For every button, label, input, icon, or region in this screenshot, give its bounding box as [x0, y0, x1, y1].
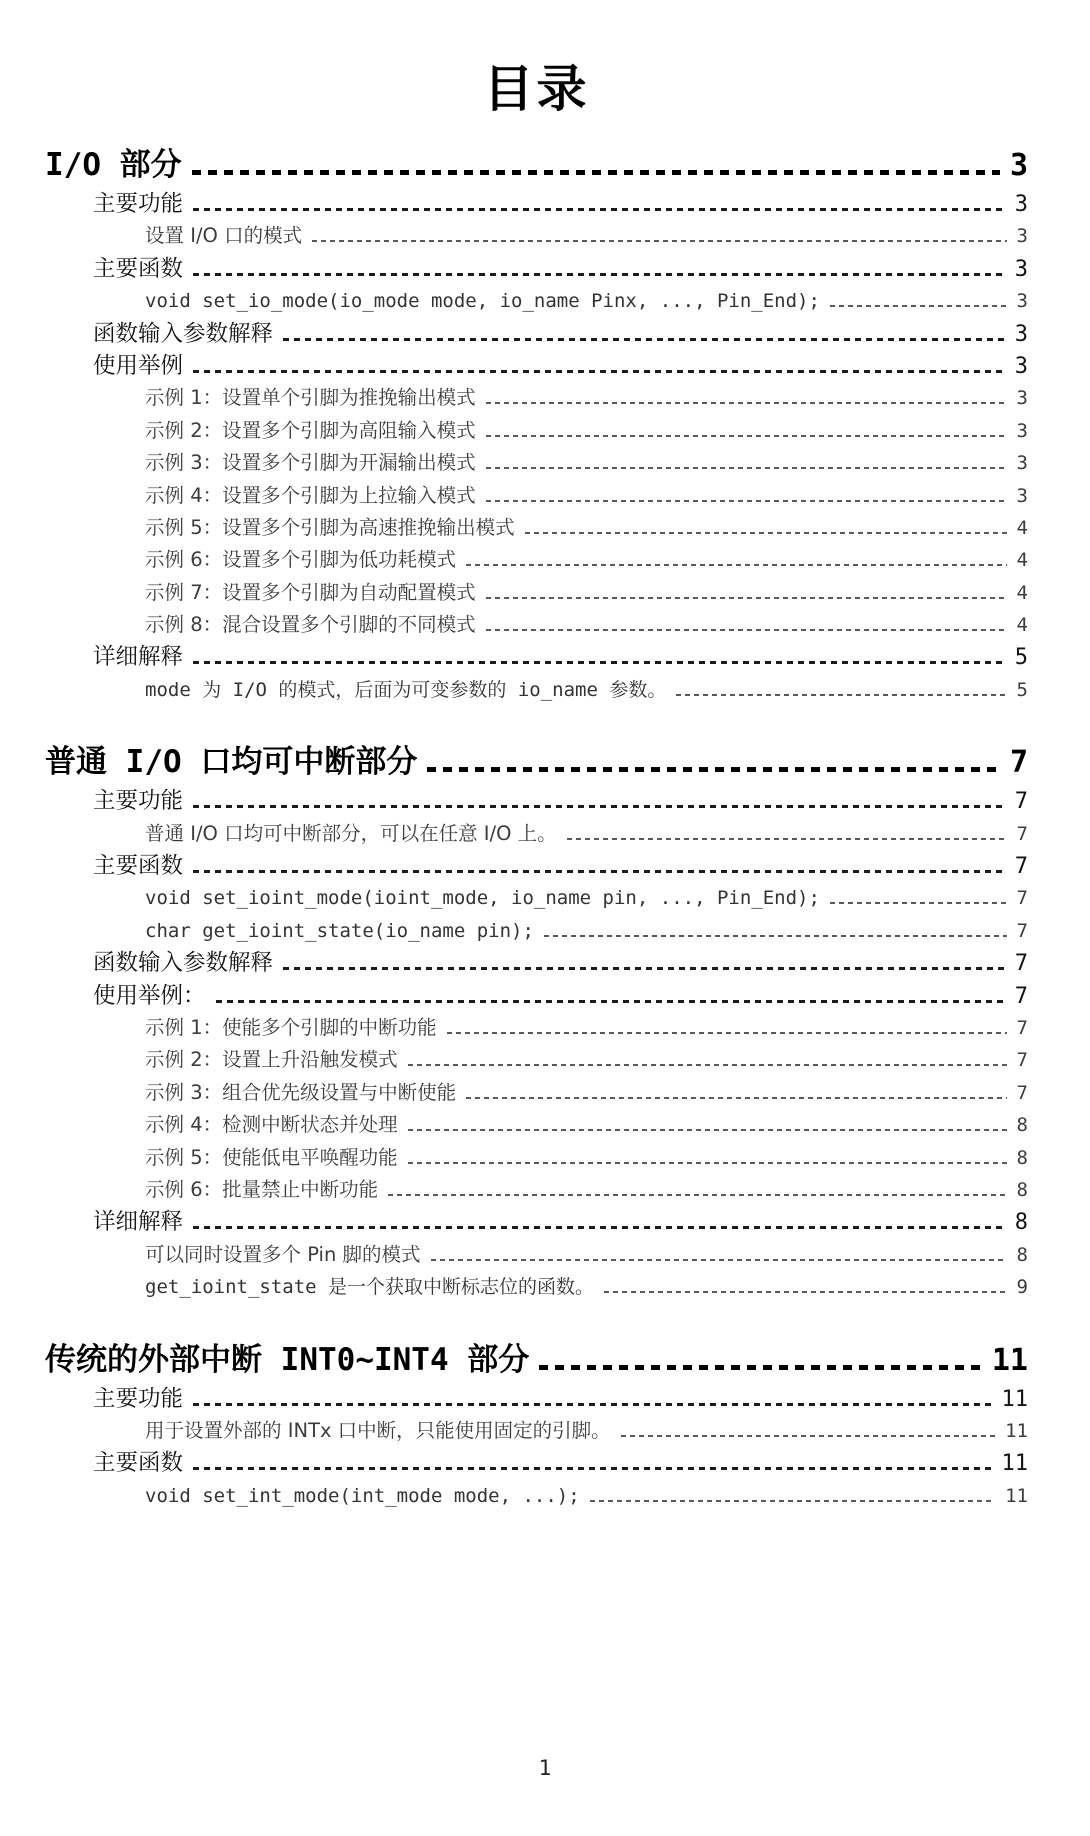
dot-leader	[408, 1129, 1007, 1131]
page-number: 3	[1010, 143, 1028, 189]
page-title: 目录	[45, 56, 1028, 122]
page-number: 3	[1015, 254, 1028, 286]
page-number: 7	[1010, 740, 1028, 786]
entry-label: 示例 3：组合优先级设置与中断使能	[145, 1077, 456, 1109]
toc-entry-row[interactable]: 可以同时设置多个 Pin 脚的模式8	[45, 1239, 1028, 1271]
dot-leader	[193, 805, 1005, 808]
page-number: 7	[1017, 915, 1028, 947]
dot-leader	[193, 661, 1005, 664]
entry-label: 示例 7：设置多个引脚为自动配置模式	[145, 577, 476, 609]
page-number: 4	[1017, 512, 1028, 544]
toc-page: 目录 I/O 部分3主要功能3设置 I/O 口的模式3主要函数3void set…	[0, 0, 1090, 1512]
dot-leader	[312, 240, 1006, 242]
toc-entry-row[interactable]: 函数输入参数解释7	[45, 947, 1028, 979]
entry-label: 示例 2：设置多个引脚为高阻输入模式	[145, 415, 476, 447]
page-number: 3	[1017, 220, 1028, 252]
page-number: 7	[1015, 786, 1028, 818]
entry-label: 示例 6：设置多个引脚为低功耗模式	[145, 544, 456, 576]
toc-entry-row[interactable]: 主要功能3	[45, 188, 1028, 220]
entry-label: 示例 5：设置多个引脚为高速推挽输出模式	[145, 512, 515, 544]
toc-entry-row[interactable]: 示例 6：批量禁止中断功能8	[45, 1174, 1028, 1206]
page-number: 4	[1017, 577, 1028, 609]
toc-entry-row[interactable]: 示例 4：检测中断状态并处理8	[45, 1109, 1028, 1141]
toc-entry-row[interactable]: char get_ioint_state(io_name pin);7	[45, 915, 1028, 947]
toc-entry-row[interactable]: get_ioint_state 是一个获取中断标志位的函数。9	[45, 1271, 1028, 1303]
page-number: 8	[1015, 1207, 1028, 1239]
toc-entry-row[interactable]: 示例 3：组合优先级设置与中断使能7	[45, 1077, 1028, 1109]
entry-label: 普通 I/O 口均可中断部分	[45, 739, 417, 785]
page-number: 7	[1017, 1012, 1028, 1044]
page-number: 3	[1015, 319, 1028, 351]
dot-leader	[486, 402, 1007, 404]
page-number: 7	[1017, 1077, 1028, 1109]
dot-leader	[388, 1194, 1006, 1196]
toc-entry-row[interactable]: 示例 1：设置单个引脚为推挽输出模式3	[45, 382, 1028, 414]
entry-label: 详细解释	[93, 641, 183, 673]
entry-label: 示例 1：使能多个引脚的中断功能	[145, 1012, 437, 1044]
entry-label: 详细解释	[93, 1206, 183, 1238]
dot-leader	[193, 208, 1005, 211]
toc-entry-row[interactable]: 详细解释5	[45, 641, 1028, 673]
dot-leader	[525, 532, 1007, 534]
toc-entry-row[interactable]: mode 为 I/O 的模式，后面为可变参数的 io_name 参数。5	[45, 674, 1028, 706]
entry-label: 示例 4：设置多个引脚为上拉输入模式	[145, 480, 476, 512]
entry-label: 普通 I/O 口均可中断部分，可以在任意 I/O 上。	[145, 818, 557, 850]
entry-label: 示例 8：混合设置多个引脚的不同模式	[145, 609, 476, 641]
dot-leader	[830, 305, 1007, 307]
dot-leader	[466, 564, 1006, 566]
toc-entry-row[interactable]: 主要功能11	[45, 1383, 1028, 1415]
dot-leader	[486, 597, 1007, 599]
toc-entry-row[interactable]: 使用举例3	[45, 350, 1028, 382]
entry-label: 函数输入参数解释	[93, 318, 273, 350]
toc-entry-row[interactable]: 示例 2：设置多个引脚为高阻输入模式3	[45, 415, 1028, 447]
page-number: 8	[1017, 1174, 1028, 1206]
dot-leader	[447, 1032, 1007, 1034]
dot-leader	[427, 767, 1000, 772]
entry-label: 使用举例：	[93, 980, 206, 1012]
entry-label: 主要函数	[93, 253, 183, 285]
dot-leader	[604, 1291, 1007, 1293]
entry-label: 主要函数	[93, 850, 183, 882]
entry-label: 可以同时设置多个 Pin 脚的模式	[145, 1239, 421, 1271]
toc-list: I/O 部分3主要功能3设置 I/O 口的模式3主要函数3void set_io…	[45, 142, 1028, 1512]
entry-label: 示例 4：检测中断状态并处理	[145, 1109, 398, 1141]
toc-entry-row[interactable]: 普通 I/O 口均可中断部分，可以在任意 I/O 上。7	[45, 818, 1028, 850]
entry-label: 主要功能	[93, 785, 183, 817]
toc-entry-row[interactable]: 用于设置外部的 INTx 口中断，只能使用固定的引脚。11	[45, 1415, 1028, 1447]
dot-leader	[283, 338, 1005, 341]
entry-label: 设置 I/O 口的模式	[145, 220, 302, 252]
entry-label: 示例 1：设置单个引脚为推挽输出模式	[145, 382, 476, 414]
toc-section-row[interactable]: I/O 部分3	[45, 142, 1028, 188]
dot-leader	[830, 902, 1007, 904]
entry-label: 示例 3：设置多个引脚为开漏输出模式	[145, 447, 476, 479]
toc-entry-row[interactable]: 示例 3：设置多个引脚为开漏输出模式3	[45, 447, 1028, 479]
dot-leader	[486, 629, 1007, 631]
page-number: 5	[1015, 642, 1028, 674]
dot-leader	[486, 500, 1007, 502]
page-number: 3	[1017, 480, 1028, 512]
toc-entry-row[interactable]: 设置 I/O 口的模式3	[45, 220, 1028, 252]
page-number: 11	[1005, 1480, 1028, 1512]
toc-entry-row[interactable]: 使用举例：7	[45, 980, 1028, 1012]
toc-entry-row[interactable]: 示例 5：设置多个引脚为高速推挽输出模式4	[45, 512, 1028, 544]
page-number: 8	[1017, 1109, 1028, 1141]
dot-leader	[408, 1064, 1007, 1066]
toc-entry-row[interactable]: 示例 4：设置多个引脚为上拉输入模式3	[45, 480, 1028, 512]
toc-entry-row[interactable]: 示例 5：使能低电平唤醒功能8	[45, 1142, 1028, 1174]
page-number: 8	[1017, 1142, 1028, 1174]
page-number: 3	[1015, 189, 1028, 221]
toc-entry-row[interactable]: 主要函数11	[45, 1447, 1028, 1479]
entry-label: 主要函数	[93, 1447, 183, 1479]
toc-entry-row[interactable]: 示例 2：设置上升沿触发模式7	[45, 1044, 1028, 1076]
entry-label: 使用举例	[93, 350, 183, 382]
entry-label: char get_ioint_state(io_name pin);	[145, 915, 534, 947]
page-number: 7	[1015, 948, 1028, 980]
toc-entry-row[interactable]: 示例 7：设置多个引脚为自动配置模式4	[45, 577, 1028, 609]
entry-label: void set_int_mode(int_mode mode, ...);	[145, 1480, 580, 1512]
dot-leader	[408, 1162, 1007, 1164]
page-number: 7	[1015, 851, 1028, 883]
page-number: 11	[1002, 1384, 1029, 1416]
dot-leader	[193, 1226, 1005, 1229]
page-number: 3	[1015, 351, 1028, 383]
toc-entry-row[interactable]: 示例 6：设置多个引脚为低功耗模式4	[45, 544, 1028, 576]
dot-leader	[193, 870, 1005, 873]
dot-leader	[486, 435, 1007, 437]
page-number: 4	[1017, 609, 1028, 641]
entry-label: void set_io_mode(io_mode mode, io_name P…	[145, 285, 820, 317]
dot-leader	[431, 1259, 1007, 1261]
page-number: 3	[1017, 415, 1028, 447]
dot-leader	[193, 1467, 991, 1470]
dot-leader	[216, 1000, 1005, 1003]
toc-section-row[interactable]: 普通 I/O 口均可中断部分7	[45, 739, 1028, 785]
dot-leader	[486, 467, 1007, 469]
toc-entry-row[interactable]: 函数输入参数解释3	[45, 318, 1028, 350]
entry-label: 主要功能	[93, 188, 183, 220]
dot-leader	[193, 370, 1005, 373]
entry-label: get_ioint_state 是一个获取中断标志位的函数。	[145, 1271, 594, 1303]
entry-label: 示例 2：设置上升沿触发模式	[145, 1044, 398, 1076]
toc-entry-row[interactable]: void set_ioint_mode(ioint_mode, io_name …	[45, 882, 1028, 914]
entry-label: 示例 5：使能低电平唤醒功能	[145, 1142, 398, 1174]
toc-entry-row[interactable]: 详细解释8	[45, 1206, 1028, 1238]
entry-label: 用于设置外部的 INTx 口中断，只能使用固定的引脚。	[145, 1415, 611, 1447]
dot-leader	[466, 1097, 1006, 1099]
toc-entry-row[interactable]: 示例 8：混合设置多个引脚的不同模式4	[45, 609, 1028, 641]
page-number: 3	[1017, 285, 1028, 317]
page-number: 8	[1017, 1239, 1028, 1271]
toc-entry-row[interactable]: void set_io_mode(io_mode mode, io_name P…	[45, 285, 1028, 317]
page-number: 11	[1002, 1448, 1029, 1480]
toc-section-row[interactable]: 传统的外部中断 INT0~INT4 部分11	[45, 1337, 1028, 1383]
dot-leader	[539, 1365, 982, 1370]
dot-leader	[544, 935, 1007, 937]
dot-leader	[567, 838, 1007, 840]
toc-entry-row[interactable]: 主要函数7	[45, 850, 1028, 882]
page-number: 7	[1017, 882, 1028, 914]
page-number: 7	[1017, 818, 1028, 850]
toc-entry-row[interactable]: void set_int_mode(int_mode mode, ...);11	[45, 1480, 1028, 1512]
toc-entry-row[interactable]: 主要功能7	[45, 785, 1028, 817]
page-number: 4	[1017, 544, 1028, 576]
page-number: 5	[1017, 674, 1028, 706]
dot-leader	[192, 170, 1000, 175]
page-number: 7	[1015, 981, 1028, 1013]
dot-leader	[590, 1500, 995, 1502]
page-number: 9	[1017, 1271, 1028, 1303]
toc-entry-row[interactable]: 示例 1：使能多个引脚的中断功能7	[45, 1012, 1028, 1044]
dot-leader	[621, 1435, 995, 1437]
entry-label: 函数输入参数解释	[93, 947, 273, 979]
footer-page-number: 1	[0, 1756, 1090, 1780]
dot-leader	[283, 967, 1005, 970]
entry-label: 主要功能	[93, 1383, 183, 1415]
page-number: 11	[992, 1338, 1028, 1384]
entry-label: 传统的外部中断 INT0~INT4 部分	[45, 1337, 529, 1383]
page-number: 11	[1005, 1415, 1028, 1447]
entry-label: mode 为 I/O 的模式，后面为可变参数的 io_name 参数。	[145, 674, 666, 706]
dot-leader	[193, 1403, 991, 1406]
entry-label: 示例 6：批量禁止中断功能	[145, 1174, 378, 1206]
entry-label: I/O 部分	[45, 142, 182, 188]
dot-leader	[193, 273, 1005, 276]
dot-leader	[676, 694, 1006, 696]
toc-entry-row[interactable]: 主要函数3	[45, 253, 1028, 285]
page-number: 3	[1017, 447, 1028, 479]
page-number: 7	[1017, 1044, 1028, 1076]
entry-label: void set_ioint_mode(ioint_mode, io_name …	[145, 882, 820, 914]
page-number: 3	[1017, 382, 1028, 414]
